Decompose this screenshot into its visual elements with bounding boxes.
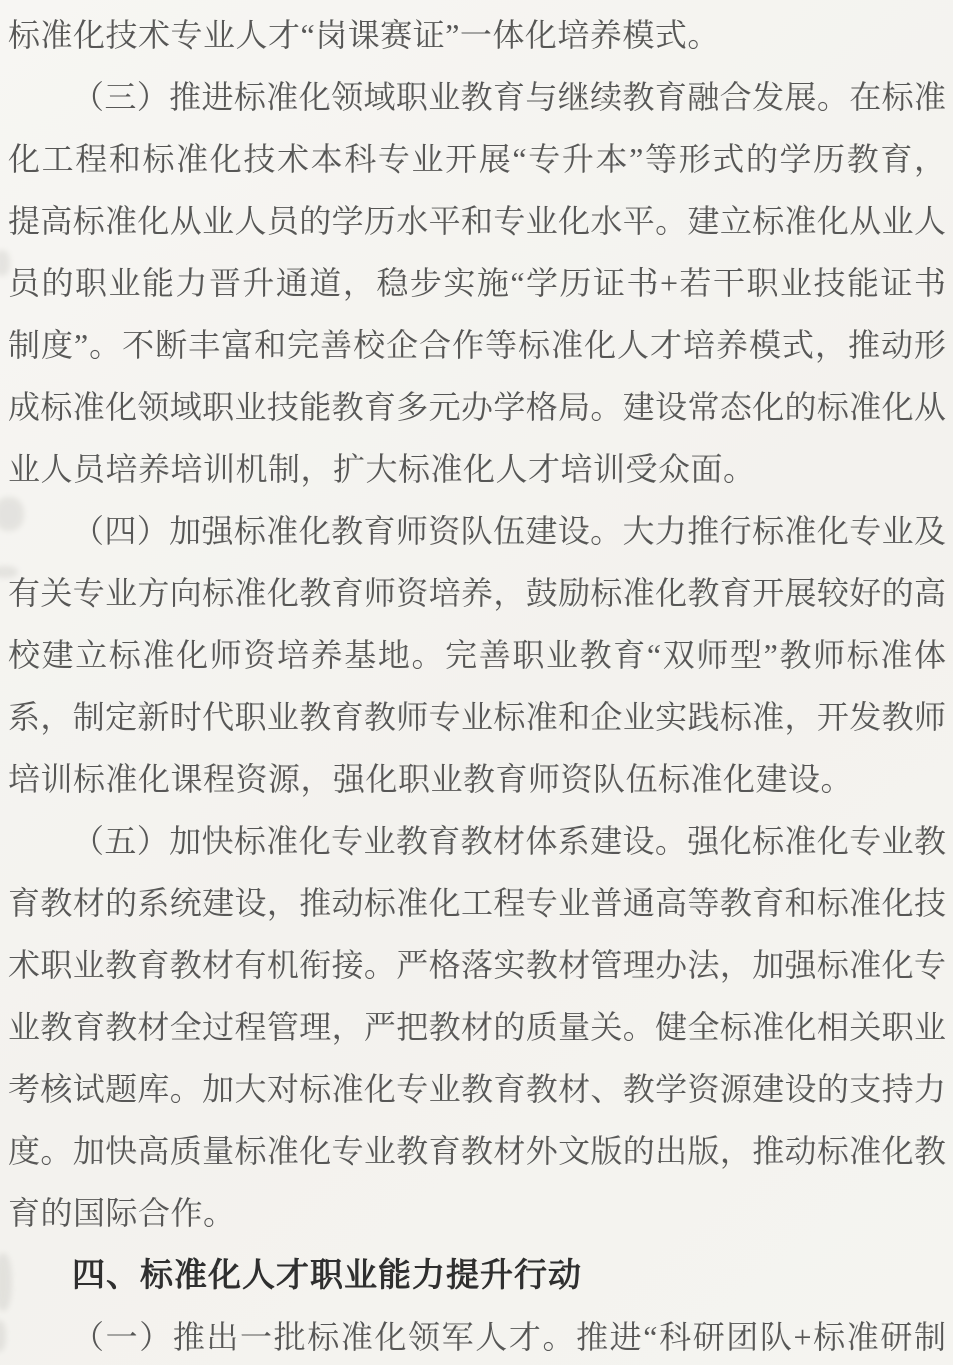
text-line: 度。加快高质量标准化专业教育教材外文版的出版，推动标准化教 bbox=[8, 1120, 946, 1182]
paragraph-start-line: （五）加快标准化专业教育教材体系建设。强化标准化专业教 bbox=[8, 810, 946, 872]
text-line: 育教材的系统建设，推动标准化工程专业普通高等教育和标准化技 bbox=[8, 872, 946, 934]
paragraph-end-line: 育的国际合作。 bbox=[8, 1182, 946, 1244]
scan-artifact bbox=[0, 1320, 6, 1352]
paragraph-start-line: （一）推出一批标准化领军人才。推进“科研团队+标准研制 bbox=[8, 1306, 946, 1365]
text-line: 术职业教育教材有机衔接。严格落实教材管理办法，加强标准化专 bbox=[8, 934, 946, 996]
paragraph-start-line: （四）加强标准化教育师资队伍建设。大力推行标准化专业及 bbox=[8, 500, 946, 562]
text-line: 业教育教材全过程管理，严把教材的质量关。健全标准化相关职业 bbox=[8, 996, 946, 1058]
text-line: 提高标准化从业人员的学历水平和专业化水平。建立标准化从业人 bbox=[8, 190, 946, 252]
document-page: 标准化技术专业人才“岗课赛证”一体化培养模式。 （三）推进标准化领域职业教育与继… bbox=[0, 0, 953, 1365]
section-heading: 四、标准化人才职业能力提升行动 bbox=[8, 1244, 946, 1306]
text-line: 化工程和标准化技术本科专业开展“专升本”等形式的学历教育， bbox=[8, 128, 946, 190]
paragraph-end-line: 培训标准化课程资源，强化职业教育师资队伍标准化建设。 bbox=[8, 748, 946, 810]
text-line: 制度”。不断丰富和完善校企合作等标准化人才培养模式，推动形 bbox=[8, 314, 946, 376]
text-line: 成标准化领域职业技能教育多元办学格局。建设常态化的标准化从 bbox=[8, 376, 946, 438]
document-text-block: 标准化技术专业人才“岗课赛证”一体化培养模式。 （三）推进标准化领域职业教育与继… bbox=[8, 4, 946, 1365]
paragraph-end-line: 业人员培养培训机制，扩大标准化人才培训受众面。 bbox=[8, 438, 946, 500]
text-line: 系，制定新时代职业教育教师专业标准和企业实践标准，开发教师 bbox=[8, 686, 946, 748]
text-line: 有关专业方向标准化教育师资培养，鼓励标准化教育开展较好的高 bbox=[8, 562, 946, 624]
paragraph-end-line: 标准化技术专业人才“岗课赛证”一体化培养模式。 bbox=[8, 4, 946, 66]
text-line: 校建立标准化师资培养基地。完善职业教育“双师型”教师标准体 bbox=[8, 624, 946, 686]
text-line: 考核试题库。加大对标准化专业教育教材、教学资源建设的支持力 bbox=[8, 1058, 946, 1120]
paragraph-start-line: （三）推进标准化领域职业教育与继续教育融合发展。在标准 bbox=[8, 66, 946, 128]
text-line: 员的职业能力晋升通道，稳步实施“学历证书+若干职业技能证书 bbox=[8, 252, 946, 314]
